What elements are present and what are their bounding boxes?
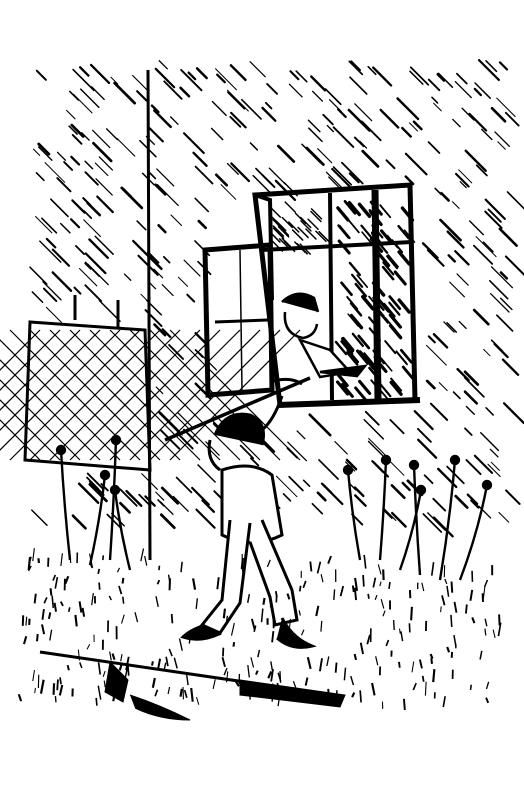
illustration [0, 0, 524, 800]
wall-corner-line [148, 70, 150, 560]
ink-drawing [0, 0, 524, 800]
boy-in-window [270, 294, 365, 384]
boy-with-stick [165, 378, 312, 647]
rifle-on-ground [40, 652, 345, 720]
